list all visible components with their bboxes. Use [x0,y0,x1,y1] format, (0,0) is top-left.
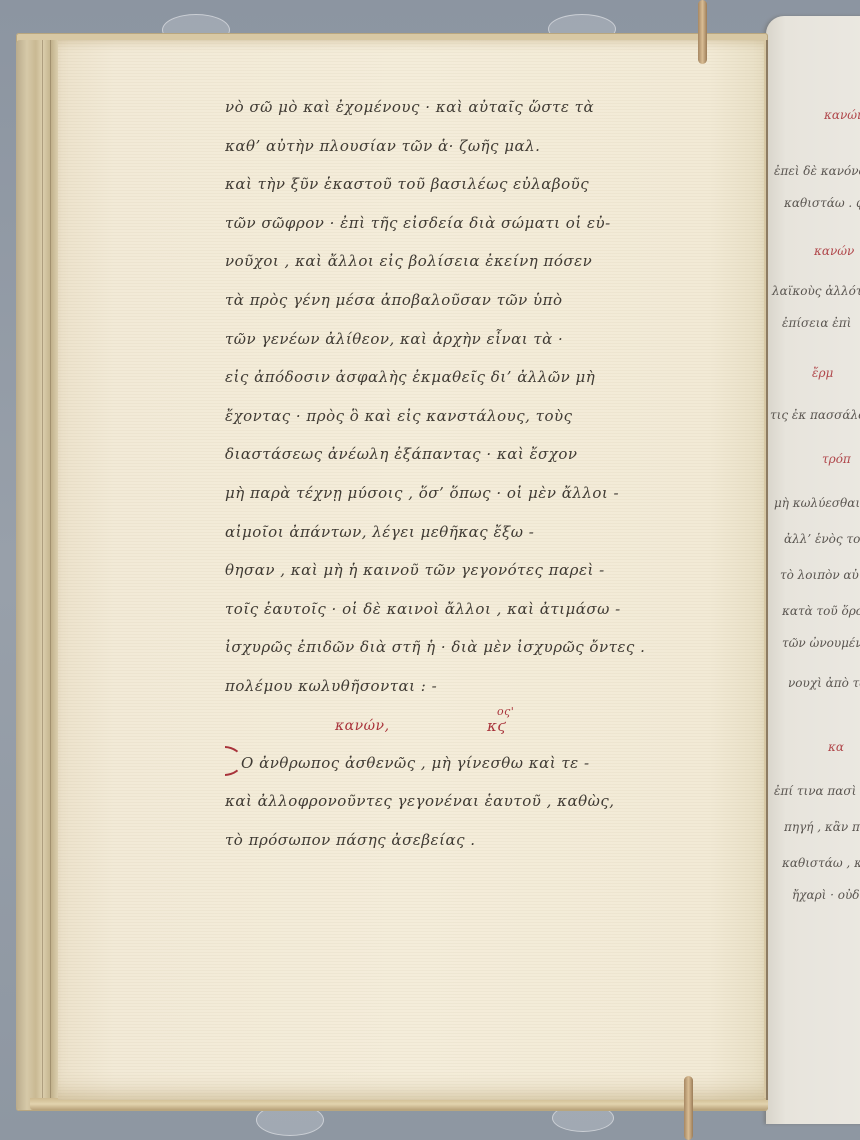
page-gutter [766,40,768,1100]
facing-text-fragment: ἐπί τινα πασὶ [774,784,856,798]
main-text-lines: νὸ σῶ μὸ καὶ ἐχομένους · καὶ αὐταῖς ὥστε… [225,88,695,706]
text-line: τῶν σῶφρον · ἐπὶ τῆς εἰσδεία διὰ σώματι … [225,204,695,243]
spine-groove [50,40,51,1110]
text-line: πολέμου κωλυθῆσονται : - [225,667,695,706]
facing-text-fragment: κα [828,740,844,754]
text-line: τὸ πρόσωπον πάσης ἀσεβείας . [225,821,695,860]
facing-text-fragment: πηγή , κἂν πᾶσ [784,820,860,834]
facing-text-fragment: τῶν ὠνουμένων [782,636,860,650]
facing-text-fragment: ἐπεὶ δὲ κανόνος [774,164,860,178]
facing-text-fragment: καθιστάω , κα [782,856,860,870]
wooden-page-holder-top [698,0,707,64]
text-line: τὰ πρὸς γένη μέσα ἀποβαλοῦσαν τῶν ὑπὸ [225,281,695,320]
text-line: καὶ ἀλλοφρονοῦντες γεγονέναι ἑαυτοῦ , κα… [225,782,695,821]
facing-text-fragment: μὴ κωλύεσθαι εἰς [774,496,860,510]
text-line: νοῦχοι , καὶ ἄλλοι εἰς βολίσεια ἐκείνη π… [225,242,695,281]
text-line: Ο ἀνθρωπος ἀσθενῶς , μὴ γίνεσθω καὶ τε - [241,754,590,772]
vellum-spine [16,40,60,1110]
facing-text-fragment: τὸ λοιπὸν αὐ γαμ [780,568,860,582]
rubric-heading-row: κανών, ος' κϛ [225,706,695,744]
facing-text-fragment: κατὰ τοῦ ὅρου ἐπὶ [782,604,860,618]
rubric-canon-number: κϛ [487,706,506,746]
facing-text-fragment: τρόπ [822,452,851,466]
text-line: καὶ τὴν ξῦν ἑκαστοῦ τοῦ βασιλέως εὐλαβοῦ… [225,165,695,204]
text-line: θησαν , καὶ μὴ ἡ καινοῦ τῶν γεγονότες πα… [225,551,695,590]
wooden-page-holder-bottom [684,1076,693,1140]
facing-text-fragment: ἔρμ [812,366,833,380]
spine-groove [42,40,43,1110]
text-line: νὸ σῶ μὸ καὶ ἐχομένους · καὶ αὐταῖς ὥστε… [225,88,695,127]
text-line: αἰμοῖοι ἀπάντων, λέγει μεθῆκας ἔξω - [225,513,695,552]
text-line: ἔχοντας · πρὸς ὃ καὶ εἰς κανστάλους, τοὺ… [225,397,695,436]
text-line: τοῖς ἑαυτοῖς · οἱ δὲ καινοὶ ἄλλοι , καὶ … [225,590,695,629]
facing-text-fragment: ἀλλ’ ἑνὸς τοῖς [784,532,860,546]
facing-text-fragment: καθιστάω . φ [784,196,860,210]
text-line: καθ’ αὐτὴν πλουσίαν τῶν ἁ· ζωῆς μαλ. [225,127,695,166]
text-line-initial: Ο ἀνθρωπος ἀσθενῶς , μὴ γίνεσθω καὶ τε - [225,744,695,783]
text-line: μὴ παρὰ τέχνῃ μύσοις , ὅσ’ ὅπως · οἱ μὲν… [225,474,695,513]
text-line: ἰσχυρῶς ἐπιδῶν διὰ στῆ ἡ · διὰ μὲν ἰσχυρ… [225,628,695,667]
facing-text-fragment: ἐπίσεια ἐπὶ [782,316,851,330]
main-text-block: νὸ σῶ μὸ καὶ ἐχομένους · καὶ αὐταῖς ὥστε… [225,88,695,859]
facing-page: κανώνἐπεὶ δὲ κανόνοςκαθιστάω . φκανώνλαϊ… [766,16,860,1124]
facing-text-fragment: τις ἐκ πασσάλου [770,408,860,422]
facing-text-fragment: νουχὶ ἀπὸ τῶν [788,676,860,690]
facing-text-fragment: κανών [824,108,860,122]
facing-text-fragment: λαϊκοὺς ἀλλότριο [772,284,860,298]
text-line: τῶν γενέων ἀλίθεον, καὶ ἀρχὴν εἶναι τὰ · [225,320,695,359]
facing-text-fragment: ἤχαρὶ · οὐδαμῶ [792,888,860,902]
text-line: διαστάσεως ἀνέωλη ἐξάπαντας · καὶ ἔσχον [225,435,695,474]
text-line: εἰς ἀπόδοσιν ἀσφαλὴς ἐκμαθεῖς δι’ ἀλλῶν … [225,358,695,397]
rubric-heading: κανών, [335,706,390,746]
facing-text-fragment: κανών [814,244,854,258]
